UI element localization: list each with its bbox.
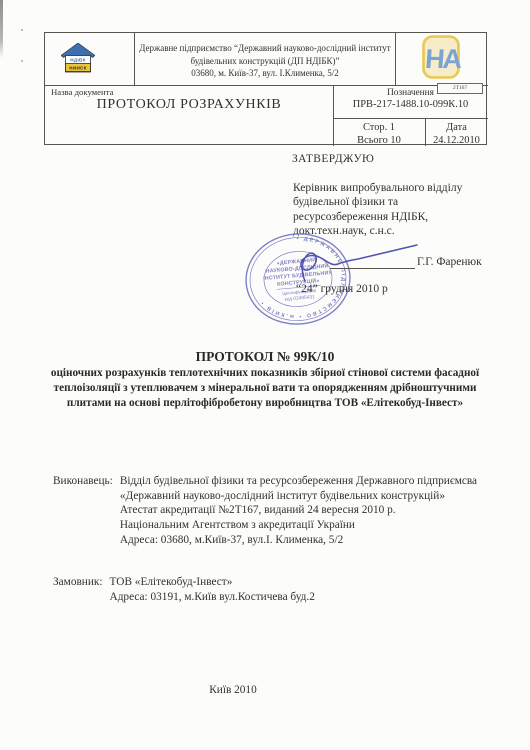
approver-line: будівельної фізики та bbox=[293, 195, 462, 209]
subtitle-line: оціночних розрахунків теплотехнічних пок… bbox=[0, 366, 530, 381]
customer-block: Замовник: ТОВ «Елітекобуд-Інвест» Адреса… bbox=[53, 575, 315, 604]
executor-line: Національним Агентством з акредитації Ук… bbox=[120, 518, 477, 533]
designation-cell: Позначення ПРВ-217-1488.10-099К.10 bbox=[333, 85, 488, 110]
approver-line: ресурсозбереження НДІБК, bbox=[293, 210, 462, 224]
org-line: будівельних конструкцій (ДП НДІБК)” bbox=[137, 55, 393, 68]
svg-text:НИИСК: НИИСК bbox=[69, 66, 87, 71]
signer-name: Г.Г. Фаренюк bbox=[417, 256, 482, 268]
footer-city-year: Київ 2010 bbox=[0, 684, 466, 696]
signature-line bbox=[330, 268, 415, 269]
document-title: ПРОТОКОЛ РОЗРАХУНКІВ bbox=[45, 97, 333, 113]
designation-value: ПРВ-217-1488.10-099К.10 bbox=[333, 99, 488, 110]
executor-line: Адреса: 03680, м.Київ-37, вул.І. Клименк… bbox=[120, 533, 477, 548]
svg-text:НА: НА bbox=[424, 44, 461, 74]
org-line: 03680, м. Київ-37, вул. І.Клименка, 5/2 bbox=[137, 67, 393, 80]
protocol-subtitle: оціночних розрахунків теплотехнічних пок… bbox=[0, 366, 530, 412]
designation-label: Позначення bbox=[333, 85, 488, 98]
executor-block: Виконавець: Відділ будівельної фізики та… bbox=[53, 474, 477, 548]
organization-name: Державне підприємство “Державний науково… bbox=[137, 42, 393, 80]
subtitle-line: плитами на основі перлітофібробетону вир… bbox=[0, 396, 530, 411]
pages-total: Всього 10 bbox=[333, 134, 425, 147]
customer-details: ТОВ «Елітекобуд-Інвест» Адреса: 03191, м… bbox=[110, 575, 315, 604]
executor-line: Відділ будівельної фізики та ресурсозбер… bbox=[120, 474, 477, 489]
customer-line: Адреса: 03191, м.Київ вул.Костичева буд.… bbox=[110, 590, 315, 605]
table-divider bbox=[134, 33, 135, 85]
page-cell: Стор. 1 Всього 10 bbox=[333, 118, 425, 147]
doc-name-label: Назва документа bbox=[51, 87, 113, 97]
scan-edge-artifact bbox=[0, 0, 3, 58]
executor-label: Виконавець: bbox=[53, 474, 113, 489]
executor-line: Атестат акредитації №2Т167, виданий 24 в… bbox=[120, 503, 477, 518]
page-number: Стор. 1 bbox=[333, 121, 425, 134]
executor-details: Відділ будівельної фізики та ресурсозбер… bbox=[120, 474, 477, 548]
document-page: НДІБК НИИСК Державне підприємство “Держа… bbox=[0, 0, 530, 750]
date-cell: Дата 24.12.2010 bbox=[425, 118, 488, 147]
executor-line: «Державний науково-дослідний інститут бу… bbox=[120, 489, 477, 504]
protocol-title: ПРОТОКОЛ № 99К/10 bbox=[0, 349, 530, 365]
table-divider bbox=[395, 33, 396, 85]
svg-text:код 02495431: код 02495431 bbox=[284, 294, 315, 303]
scan-speck bbox=[21, 60, 23, 62]
institute-house-logo-icon: НДІБК НИИСК bbox=[61, 43, 95, 75]
approver-line: Керівник випробувального відділу bbox=[293, 181, 462, 195]
org-line: Державне підприємство “Державний науково… bbox=[137, 42, 393, 55]
customer-label: Замовник: bbox=[53, 575, 103, 590]
header-table: НДІБК НИИСК Державне підприємство “Держа… bbox=[44, 32, 487, 145]
date-value: 24.12.2010 bbox=[425, 134, 488, 147]
sign-date: “24” грудня 2010 р bbox=[296, 283, 388, 295]
handwritten-signature bbox=[288, 236, 424, 288]
accreditation-agency-logo-icon: НА bbox=[422, 35, 461, 81]
subtitle-line: теплоізоляції з утеплювачем з мінерально… bbox=[0, 381, 530, 396]
approve-heading: ЗАТВЕРДЖУЮ bbox=[292, 153, 374, 165]
date-label: Дата bbox=[425, 121, 488, 134]
svg-text:НДІБК: НДІБК bbox=[70, 58, 85, 63]
customer-line: ТОВ «Елітекобуд-Інвест» bbox=[110, 575, 315, 590]
scan-speck bbox=[21, 29, 23, 31]
